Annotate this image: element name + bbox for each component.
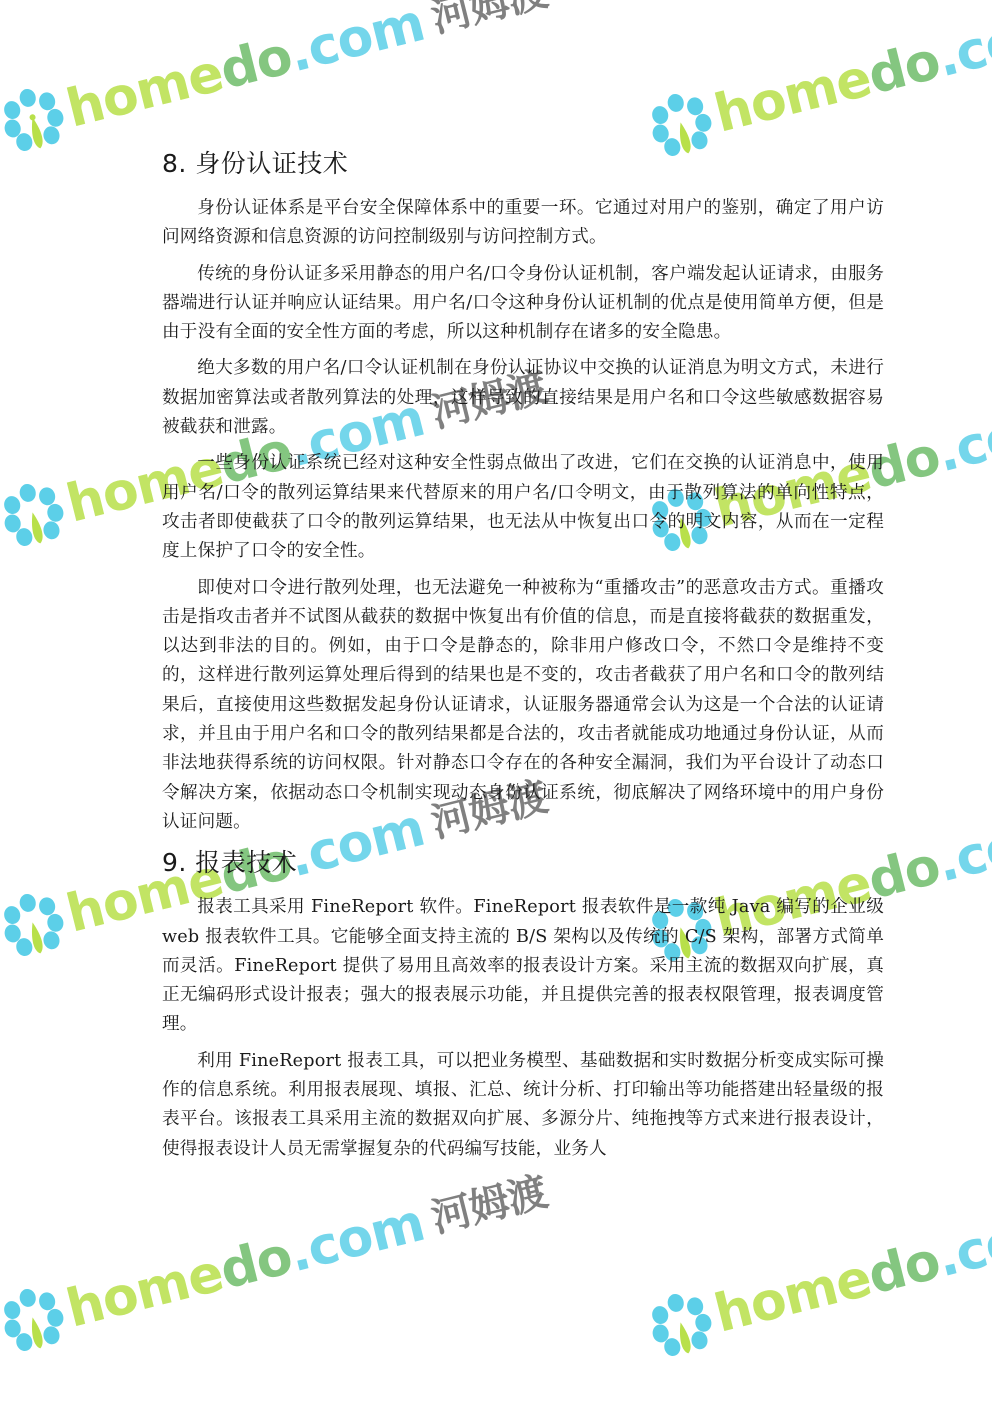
watermark-text: .com bbox=[932, 2, 992, 85]
document-page: homedo.com 河姆渡 homedo.com bbox=[0, 0, 992, 1403]
paragraph: 绝大多数的用户名/口令认证机制在身份认证协议中交换的认证消息为明文方式，未进行数… bbox=[162, 354, 884, 442]
section-heading: 8. 身份认证技术 bbox=[162, 146, 884, 182]
flower-logo-icon bbox=[0, 1280, 72, 1358]
watermark-text: .com bbox=[932, 807, 992, 890]
paragraph: 即使对口令进行散列处理，也无法避免一种被称为“重播攻击”的恶意攻击方式。重播攻击… bbox=[162, 574, 884, 838]
watermark-text: .com bbox=[284, 1197, 429, 1280]
paragraph: 身份认证体系是平台安全保障体系中的重要一环。它通过对用户的鉴别，确定了用户访问网… bbox=[162, 194, 884, 253]
flower-logo-icon bbox=[0, 80, 72, 158]
flower-logo-icon bbox=[0, 885, 72, 963]
watermark-text: do bbox=[863, 1235, 944, 1303]
watermark-text: do bbox=[215, 30, 296, 98]
paragraph: 一些身份认证系统已经对这种安全性弱点做出了改进，它们在交换的认证消息中，使用用户… bbox=[162, 449, 884, 566]
document-body: 8. 身份认证技术 身份认证体系是平台安全保障体系中的重要一环。它通过对用户的鉴… bbox=[162, 146, 884, 1171]
paragraph: 报表工具采用 FineReport 软件。FineReport 报表软件是一款纯… bbox=[162, 893, 884, 1039]
section-heading: 9. 报表技术 bbox=[162, 845, 884, 881]
watermark-text: .com bbox=[284, 0, 429, 80]
watermark-text: do bbox=[863, 35, 944, 103]
flower-logo-icon bbox=[642, 1285, 720, 1363]
paragraph: 利用 FineReport 报表工具，可以把业务模型、基础数据和实时数据分析变成… bbox=[162, 1047, 884, 1164]
watermark: homedo.com bbox=[650, 1300, 992, 1364]
watermark: homedo.com 河姆渡 bbox=[2, 1295, 563, 1359]
watermark-text: do bbox=[215, 1230, 296, 1298]
watermark-text: home bbox=[62, 1247, 228, 1336]
watermark-text: .com bbox=[932, 1202, 992, 1285]
flower-logo-icon bbox=[0, 475, 72, 553]
watermark-text-cn: 河姆渡 bbox=[428, 1172, 551, 1239]
watermark-text: home bbox=[62, 47, 228, 136]
watermark-text: home bbox=[710, 52, 876, 141]
watermark-text: home bbox=[710, 1252, 876, 1341]
paragraph: 传统的身份认证多采用静态的用户名/口令身份认证机制，客户端发起认证请求，由服务器… bbox=[162, 260, 884, 348]
watermark-text-cn: 河姆渡 bbox=[428, 0, 551, 39]
watermark-text: .com bbox=[932, 397, 992, 480]
